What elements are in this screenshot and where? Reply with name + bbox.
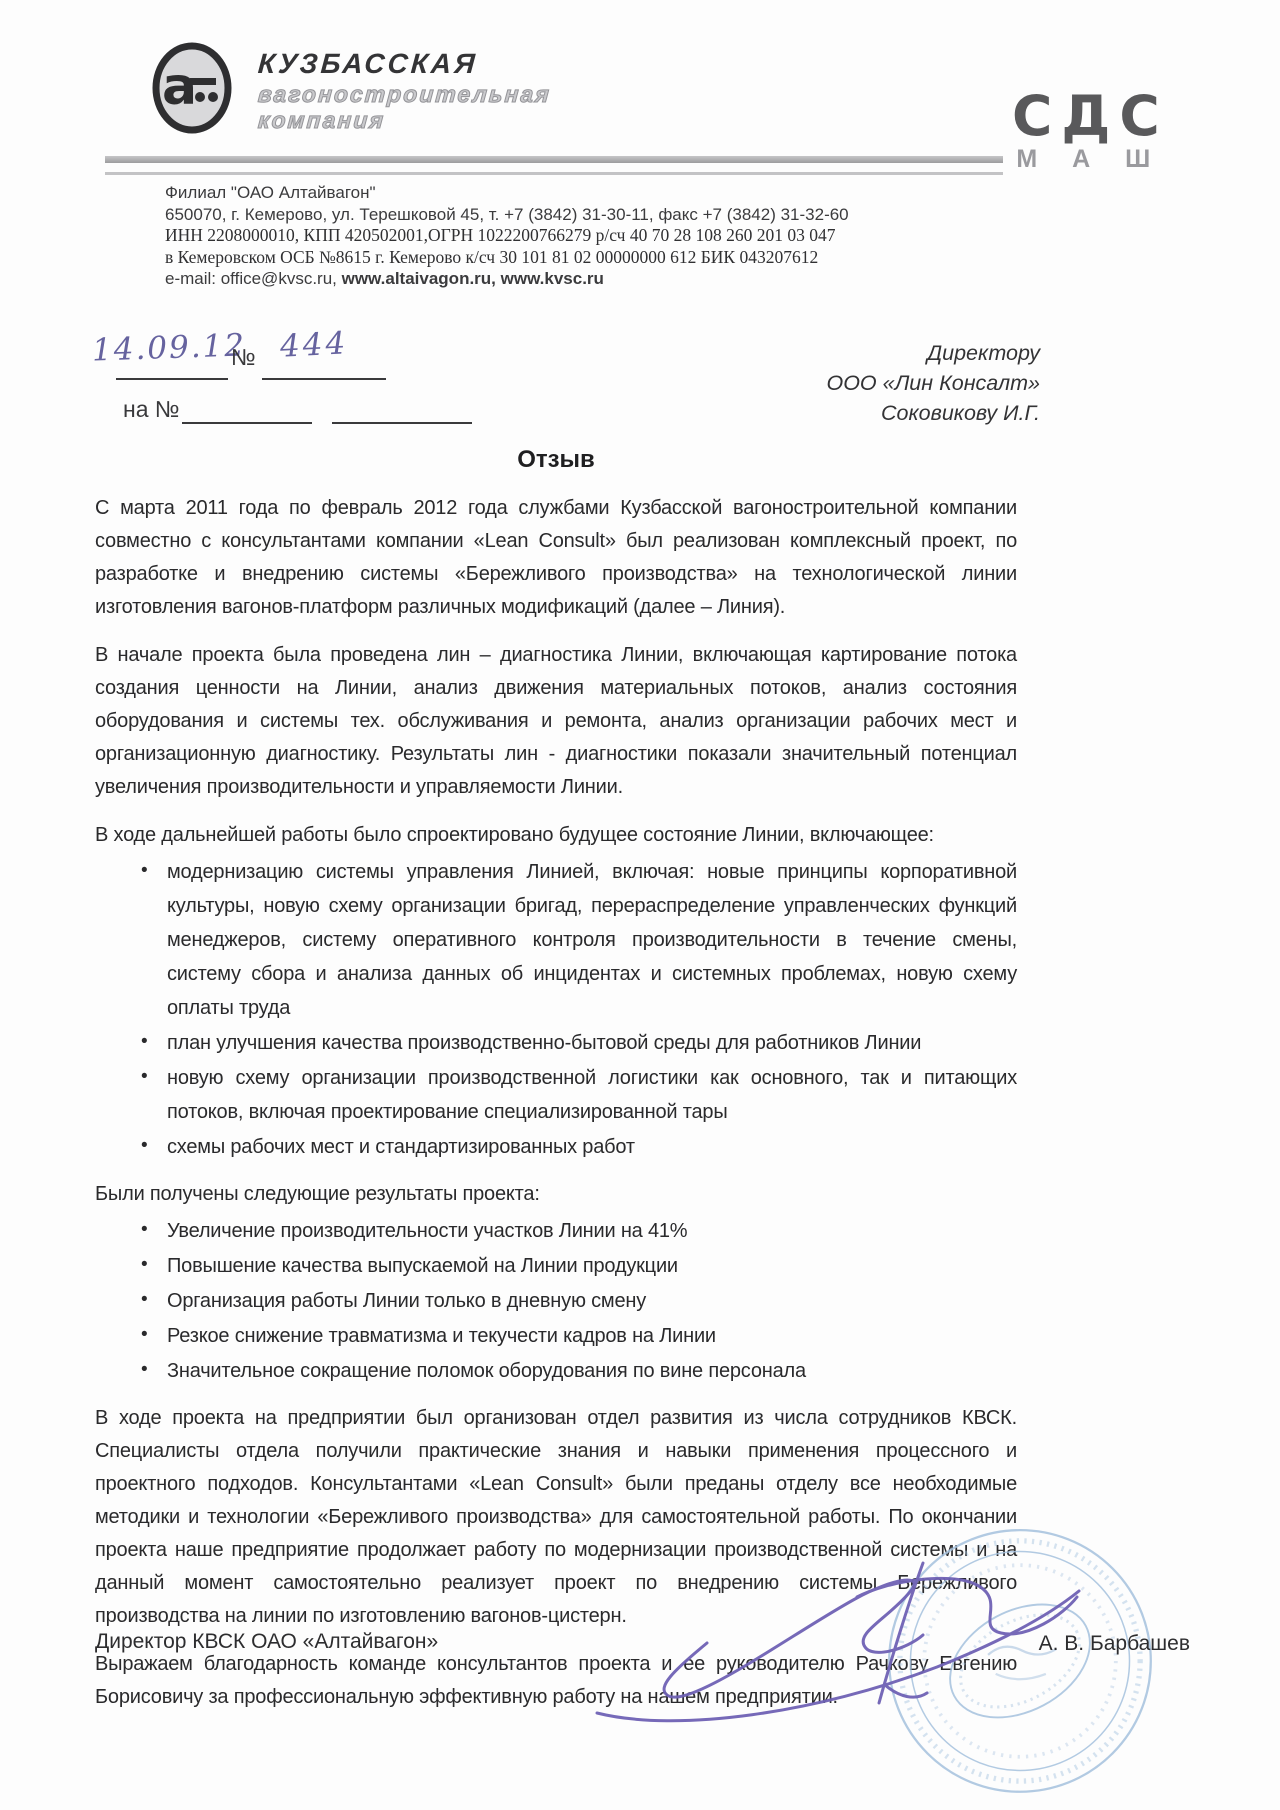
paragraph-4-intro: Были получены следующие результаты проек…	[95, 1178, 1017, 1211]
list-item-text: схемы рабочих мест и стандартизированных…	[167, 1136, 635, 1158]
list-item: •Организация работы Линии только в дневн…	[95, 1284, 1017, 1318]
handwritten-date: 14.09.12	[91, 327, 246, 368]
list-item: •план улучшения качества производственно…	[95, 1026, 1017, 1060]
contact-email: e-mail: office@kvsc.ru,	[165, 269, 342, 288]
signer-position-label: Директор КВСК ОАО «Алтайвагон»	[95, 1630, 438, 1654]
reply-number-underline-1	[182, 422, 312, 424]
letter-title: Отзыв	[95, 446, 1017, 474]
contact-address: 650070, г. Кемерово, ул. Терешковой 45, …	[165, 204, 849, 226]
company-logo-icon: а	[150, 42, 234, 134]
contact-bank: в Кемеровском ОСБ №8615 г. Кемерово к/сч…	[165, 247, 849, 269]
addressee-person: Соковикову И.Г.	[700, 398, 1040, 428]
list-item: •Увеличение производительности участков …	[95, 1214, 1017, 1248]
bullet-icon: •	[141, 1248, 147, 1282]
list-item: •новую схему организации производственно…	[95, 1061, 1017, 1129]
bullet-icon: •	[141, 1283, 147, 1317]
bullet-icon: •	[141, 854, 147, 888]
bullet-icon: •	[141, 1213, 147, 1247]
number-underline	[262, 378, 386, 380]
contact-inn: ИНН 2208000010, КПП 420502001,ОГРН 10222…	[165, 225, 849, 247]
sds-mash-logo: СДС М А Ш	[1012, 88, 1169, 174]
date-underline	[116, 378, 228, 380]
header-divider-thick	[105, 156, 1003, 163]
list-item-text: Организация работы Линии только в дневну…	[167, 1290, 646, 1312]
svg-text:а: а	[162, 57, 197, 117]
list-item-text: Значительное сокращение поломок оборудов…	[167, 1360, 806, 1382]
bullet-icon: •	[141, 1060, 147, 1094]
bullet-icon: •	[141, 1025, 147, 1059]
paragraph-3-intro: В ходе дальнейшей работы было спроектиро…	[95, 819, 1017, 852]
results-list: •Увеличение производительности участков …	[95, 1214, 1017, 1388]
letter-page: а КУЗБАССКАЯ вагоностроительная компания…	[0, 0, 1280, 1810]
sds-logo-text: СДС	[1012, 88, 1169, 144]
reply-number-underline-2	[332, 422, 472, 424]
reply-to-number-label: на №	[123, 396, 180, 423]
addressee-block: Директору ООО «Лин Консалт» Соковикову И…	[700, 338, 1040, 428]
bullet-icon: •	[141, 1129, 147, 1163]
handwritten-number: 444	[279, 325, 349, 365]
bullet-icon: •	[141, 1318, 147, 1352]
list-item-text: Увеличение производительности участков Л…	[167, 1220, 687, 1242]
paragraph-1: С марта 2011 года по февраль 2012 года с…	[95, 492, 1017, 624]
mash-logo-text: М А Ш	[1012, 145, 1169, 174]
header-divider-thin	[105, 172, 1003, 175]
brand-line-3: компания	[257, 108, 552, 132]
list-item-text: модернизацию системы управления Линией, …	[167, 861, 1017, 1019]
addressee-position: Директору	[700, 338, 1040, 368]
future-state-list: •модернизацию системы управления Линией,…	[95, 855, 1017, 1164]
list-item-text: Резкое снижение травматизма и текучести …	[167, 1325, 716, 1347]
list-item-text: Повышение качества выпускаемой на Линии …	[167, 1255, 678, 1277]
list-item: •Резкое снижение травматизма и текучести…	[95, 1319, 1017, 1353]
number-sign-label: №	[231, 344, 256, 371]
contact-branch: Филиал "ОАО Алтайвагон"	[165, 182, 849, 204]
contact-websites: www.altaivagon.ru, www.kvsc.ru	[342, 269, 604, 288]
contact-email-line: e-mail: office@kvsc.ru, www.altaivagon.r…	[165, 268, 849, 290]
brand-line-2: вагоностроительная	[257, 82, 552, 106]
list-item-text: новую схему организации производственной…	[167, 1067, 1017, 1123]
bullet-icon: •	[141, 1353, 147, 1387]
addressee-company: ООО «Лин Консалт»	[700, 368, 1040, 398]
contact-block: Филиал "ОАО Алтайвагон" 650070, г. Кемер…	[165, 182, 849, 290]
list-item: •Повышение качества выпускаемой на Линии…	[95, 1249, 1017, 1283]
list-item-text: план улучшения качества производственно-…	[167, 1032, 921, 1054]
list-item: •Значительное сокращение поломок оборудо…	[95, 1354, 1017, 1388]
brand-line-1: КУЗБАССКАЯ	[257, 48, 552, 80]
list-item: •модернизацию системы управления Линией,…	[95, 855, 1017, 1025]
list-item: •схемы рабочих мест и стандартизированны…	[95, 1130, 1017, 1164]
paragraph-2: В начале проекта была проведена лин – ди…	[95, 639, 1017, 804]
signer-name: А. В. Барбашев	[995, 1632, 1190, 1656]
company-brand-text: КУЗБАССКАЯ вагоностроительная компания	[258, 48, 551, 132]
